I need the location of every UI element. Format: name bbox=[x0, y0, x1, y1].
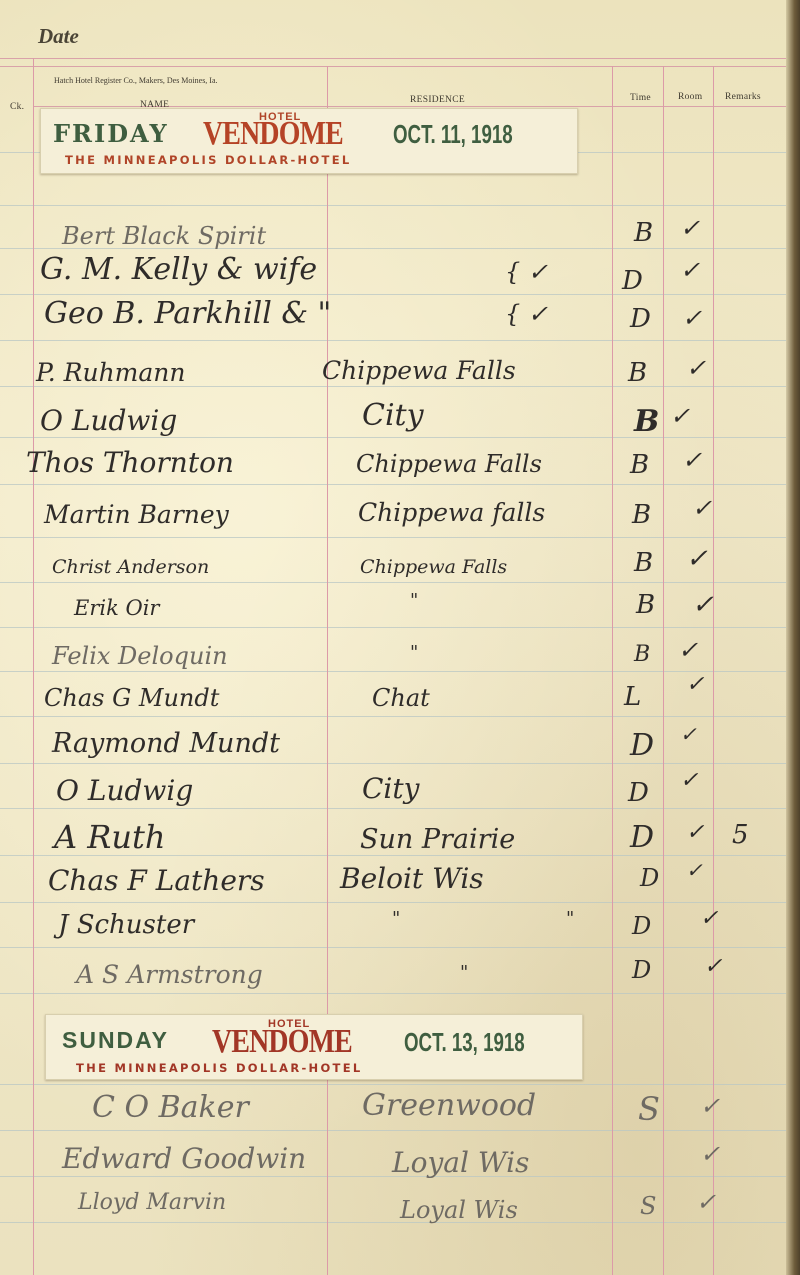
time-mark: B bbox=[634, 548, 653, 578]
guest-name: Bert Black Spirit bbox=[62, 222, 266, 250]
column-divider bbox=[33, 58, 34, 1275]
room-check: ✓ bbox=[686, 544, 708, 574]
time-mark: B bbox=[636, 590, 655, 620]
guest-residence: Chippewa Falls bbox=[322, 356, 516, 385]
guest-name: Raymond Mundt bbox=[52, 728, 280, 759]
guest-name: P. Ruhmann bbox=[36, 358, 186, 387]
room-check: ✓ bbox=[678, 636, 698, 664]
guest-name: Geo B. Parkhill & " bbox=[44, 296, 331, 331]
time-mark: B bbox=[634, 642, 650, 667]
banner-day: SUNDAY bbox=[62, 1027, 169, 1054]
guest-name: Erik Oir bbox=[74, 596, 159, 620]
guest-name: Martin Barney bbox=[44, 500, 229, 529]
guest-residence: Loyal Wis bbox=[400, 1196, 518, 1224]
guest-name: O Ludwig bbox=[40, 404, 177, 437]
room-check: ✓ bbox=[686, 820, 704, 845]
room-check: ✓ bbox=[692, 494, 712, 522]
column-header-room: Room bbox=[678, 92, 702, 102]
remarks-value: 5 bbox=[732, 820, 749, 850]
header-rule bbox=[0, 66, 786, 67]
banner-date: OCT. 11, 1918 bbox=[393, 119, 513, 150]
guest-name: Lloyd Marvin bbox=[78, 1190, 226, 1215]
guest-name: G. M. Kelly & wife bbox=[40, 252, 317, 287]
room-check: ✓ bbox=[680, 256, 700, 284]
banner-hotel-name: VENDOME bbox=[203, 115, 343, 153]
guest-residence: Chippewa falls bbox=[358, 498, 545, 527]
date-label: Date bbox=[38, 24, 79, 49]
column-divider bbox=[327, 66, 328, 1275]
room-check: ✓ bbox=[680, 214, 700, 242]
time-mark: L bbox=[624, 682, 641, 712]
time-mark: S bbox=[638, 1090, 660, 1128]
time-mark: D bbox=[632, 956, 651, 984]
banner-date: OCT. 13, 1918 bbox=[404, 1027, 525, 1058]
column-divider bbox=[612, 66, 613, 1275]
banner-tagline: THE MINNEAPOLIS DOLLAR-HOTEL bbox=[65, 153, 352, 167]
guest-name: Chas F Lathers bbox=[48, 864, 265, 897]
guest-residence: City bbox=[362, 398, 424, 433]
time-mark: D bbox=[622, 266, 643, 296]
guest-residence: Greenwood bbox=[362, 1088, 536, 1123]
guest-residence: " bbox=[410, 642, 418, 663]
guest-name: A S Armstrong bbox=[76, 960, 263, 989]
time-mark: D bbox=[630, 820, 654, 855]
guest-name: O Ludwig bbox=[56, 774, 193, 807]
guest-name: Felix Deloquin bbox=[52, 642, 228, 670]
room-check: ✓ bbox=[700, 1140, 720, 1168]
date-stamp-banner-friday: FRIDAY HOTEL VENDOME OCT. 11, 1918 THE M… bbox=[40, 108, 578, 174]
room-check: ✓ bbox=[686, 672, 704, 697]
room-check: ✓ bbox=[686, 858, 703, 882]
time-mark: D bbox=[632, 912, 651, 940]
time-mark: S bbox=[640, 1192, 656, 1220]
room-check: ✓ bbox=[680, 722, 697, 746]
room-check: ✓ bbox=[704, 954, 722, 979]
banner-day: FRIDAY bbox=[53, 119, 169, 148]
header-rule bbox=[0, 58, 786, 59]
guest-residence: " bbox=[460, 962, 468, 983]
register-page: Date Hatch Hotel Register Co., Makers, D… bbox=[0, 0, 800, 1275]
room-check: ✓ bbox=[686, 354, 706, 382]
book-binding-edge bbox=[786, 0, 800, 1275]
column-header-ck: Ck. bbox=[10, 102, 24, 112]
time-mark: B bbox=[630, 450, 649, 480]
time-mark: B bbox=[634, 218, 653, 248]
guest-name: A Ruth bbox=[54, 818, 165, 856]
guest-name: J Schuster bbox=[58, 910, 194, 940]
banner-hotel-name: VENDOME bbox=[212, 1023, 352, 1061]
room-check: ✓ bbox=[692, 590, 714, 620]
guest-residence: Sun Prairie bbox=[360, 824, 515, 855]
guest-residence: Chat bbox=[372, 684, 430, 712]
time-mark: B bbox=[628, 358, 647, 388]
guest-name: Christ Anderson bbox=[52, 556, 209, 578]
guest-residence: Loyal Wis bbox=[392, 1146, 529, 1179]
guest-residence: { ✓ bbox=[505, 258, 548, 286]
column-header-residence: RESIDENCE bbox=[410, 95, 465, 105]
column-header-time: Time bbox=[630, 93, 651, 103]
time-mark: B bbox=[632, 500, 651, 530]
time-mark: D bbox=[628, 778, 649, 808]
room-check: ✓ bbox=[682, 304, 702, 332]
guest-name: Edward Goodwin bbox=[62, 1142, 306, 1175]
guest-residence: { ✓ bbox=[505, 300, 548, 328]
guest-residence: " bbox=[410, 590, 418, 611]
column-header-remarks: Remarks bbox=[725, 92, 761, 102]
banner-tagline: THE MINNEAPOLIS DOLLAR-HOTEL bbox=[76, 1061, 363, 1075]
guest-name: Thos Thornton bbox=[26, 446, 234, 479]
time-mark: B bbox=[634, 404, 659, 439]
time-mark: D bbox=[640, 864, 659, 892]
time-mark: D bbox=[630, 304, 651, 334]
room-check: ✓ bbox=[700, 906, 718, 931]
guest-name: Chas G Mundt bbox=[44, 684, 219, 712]
maker-imprint: Hatch Hotel Register Co., Makers, Des Mo… bbox=[54, 76, 218, 85]
guest-residence: " " bbox=[392, 908, 654, 929]
room-check: ✓ bbox=[700, 1092, 720, 1120]
room-check: ✓ bbox=[680, 768, 698, 793]
date-stamp-banner-sunday: SUNDAY HOTEL VENDOME OCT. 13, 1918 THE M… bbox=[45, 1014, 583, 1080]
guest-residence: Chippewa Falls bbox=[360, 556, 507, 578]
room-check: ✓ bbox=[682, 446, 702, 474]
guest-residence: Chippewa Falls bbox=[356, 450, 542, 478]
room-check: ✓ bbox=[696, 1188, 716, 1216]
time-mark: D bbox=[630, 728, 654, 763]
guest-residence: City bbox=[362, 772, 419, 805]
room-check: ✓ bbox=[670, 402, 690, 430]
guest-residence: Beloit Wis bbox=[340, 862, 484, 895]
guest-name: C O Baker bbox=[92, 1090, 249, 1125]
column-divider bbox=[663, 66, 664, 1275]
